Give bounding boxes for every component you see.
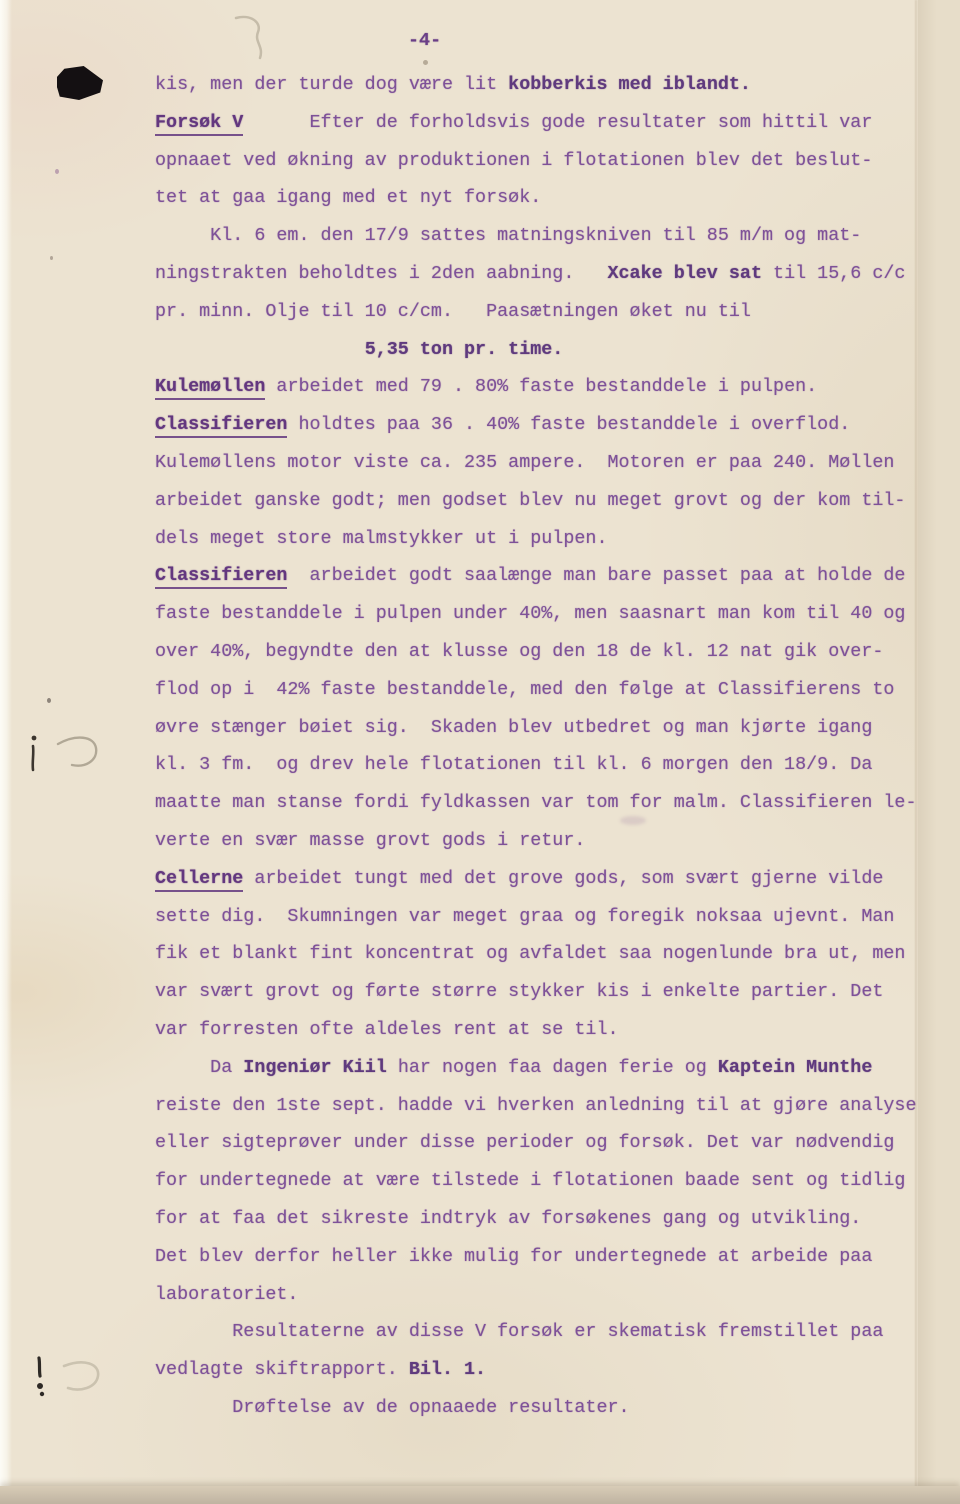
- typed-lines: kis, men der turde dog være lit kobberki…: [155, 66, 945, 1427]
- text-line: Da Ingeniør Kiil har nogen faa dagen fer…: [155, 1049, 945, 1087]
- text-line: opnaaet ved økning av produktionen i flo…: [155, 142, 945, 180]
- text-segment: dels meget store malmstykker ut i pulpen…: [155, 528, 607, 549]
- text-line: maatte man stanse fordi fyldkassen var t…: [155, 784, 945, 822]
- text-line: for at faa det sikreste indtryk av forsø…: [155, 1200, 945, 1238]
- ink-speck: [50, 256, 53, 260]
- text-line: var forresten ofte aldeles rent at se ti…: [155, 1011, 945, 1049]
- black-ink-blot: [57, 66, 103, 100]
- text-segment: [155, 339, 365, 360]
- text-segment: over 40%, begyndte den at klusse og den …: [155, 641, 883, 662]
- text-segment: Ingeniør Kiil: [243, 1057, 386, 1078]
- page-edge-right: [918, 0, 960, 1504]
- text-line: Det blev derfor heller ikke mulig for un…: [155, 1238, 945, 1276]
- text-segment: arbeidet tungt med det grove gods, som s…: [243, 868, 883, 889]
- page-edge-left: [0, 0, 12, 1504]
- text-segment: faste bestanddele i pulpen under 40%, me…: [155, 603, 905, 624]
- text-segment: opnaaet ved økning av produktionen i flo…: [155, 150, 872, 171]
- text-line: Kulemøllens motor viste ca. 235 ampere. …: [155, 444, 945, 482]
- pencil-scribble: [24, 728, 114, 788]
- underlined-heading: Classifieren: [155, 565, 287, 589]
- text-line: flod op i 42% faste bestanddele, med den…: [155, 671, 945, 709]
- ink-speck: [423, 60, 428, 65]
- text-line: Kulemøllen arbeidet med 79 . 80% faste b…: [155, 368, 945, 406]
- text-segment: kis, men der turde dog være lit: [155, 74, 508, 95]
- text-segment: fik et blankt fint koncentrat og avfalde…: [155, 943, 905, 964]
- text-line: dels meget store malmstykker ut i pulpen…: [155, 520, 945, 558]
- page-number: -4-: [408, 30, 441, 51]
- text-segment: laboratoriet.: [155, 1284, 298, 1305]
- text-line: pr. minn. Olje til 10 c/cm. Paasætningen…: [155, 293, 945, 331]
- text-segment: flod op i 42% faste bestanddele, med den…: [155, 679, 894, 700]
- text-line: Classifieren holdtes paa 36 . 40% faste …: [155, 406, 945, 444]
- page-edge-bottom: [0, 1486, 960, 1504]
- text-segment: tet at gaa igang med et nyt forsøk.: [155, 187, 541, 208]
- text-line: ningstrakten beholdtes i 2den aabning. X…: [155, 255, 945, 293]
- text-segment: maatte man stanse fordi fyldkassen var t…: [155, 792, 917, 813]
- text-segment: Kaptein Munthe: [718, 1057, 873, 1078]
- ink-speck: [55, 169, 59, 174]
- pencil-exclamation: [28, 1350, 118, 1410]
- text-line: tet at gaa igang med et nyt forsøk.: [155, 179, 945, 217]
- text-segment: verte en svær masse grovt gods i retur.: [155, 830, 585, 851]
- text-segment: Drøftelse av de opnaaede resultater.: [155, 1397, 630, 1418]
- text-segment: for undertegnede at være tilstede i flot…: [155, 1170, 905, 1191]
- text-line: over 40%, begyndte den at klusse og den …: [155, 633, 945, 671]
- text-segment: arbeidet godt saalænge man bare passet p…: [287, 565, 905, 586]
- text-segment: ningstrakten beholdtes i 2den aabning.: [155, 263, 607, 284]
- text-segment: Kulemøllens motor viste ca. 235 ampere. …: [155, 452, 894, 473]
- text-line: arbeidet ganske godt; men godset blev nu…: [155, 482, 945, 520]
- text-segment: for at faa det sikreste indtryk av forsø…: [155, 1208, 861, 1229]
- text-segment: pr. minn. Olje til 10 c/cm. Paasætningen…: [155, 301, 751, 322]
- text-line: 5,35 ton pr. time.: [155, 331, 945, 369]
- text-line: for undertegnede at være tilstede i flot…: [155, 1162, 945, 1200]
- text-line: verte en svær masse grovt gods i retur.: [155, 822, 945, 860]
- text-segment: Det blev derfor heller ikke mulig for un…: [155, 1246, 872, 1267]
- text-segment: var svært grovt og førte større stykker …: [155, 981, 883, 1002]
- text-segment: vedlagte skiftrapport.: [155, 1359, 409, 1380]
- underlined-heading: Kulemøllen: [155, 376, 265, 400]
- text-segment: Bil. 1.: [409, 1359, 486, 1380]
- underlined-heading: Forsøk V: [155, 112, 243, 136]
- text-line: Drøftelse av de opnaaede resultater.: [155, 1389, 945, 1427]
- ink-smudge: [620, 816, 646, 825]
- text-line: Resultaterne av disse V forsøk er skemat…: [155, 1313, 945, 1351]
- text-line: Classifieren arbeidet godt saalænge man …: [155, 557, 945, 595]
- text-segment: Resultaterne av disse V forsøk er skemat…: [155, 1321, 883, 1342]
- text-segment: 5,35 ton pr. time.: [365, 339, 564, 360]
- text-line: sette dig. Skumningen var meget graa og …: [155, 898, 945, 936]
- text-line: laboratoriet.: [155, 1276, 945, 1314]
- text-segment: arbeidet ganske godt; men godset blev nu…: [155, 490, 905, 511]
- text-segment: kl. 3 fm. og drev hele flotationen til k…: [155, 754, 872, 775]
- text-segment: Efter de forholdsvis gode resultater som…: [243, 112, 872, 133]
- text-segment: holdtes paa 36 . 40% faste bestanddele i…: [287, 414, 850, 435]
- text-line: Kl. 6 em. den 17/9 sattes matningskniven…: [155, 217, 945, 255]
- text-segment: eller sigteprøver under disse perioder o…: [155, 1132, 894, 1153]
- text-segment: reiste den 1ste sept. hadde vi hverken a…: [155, 1095, 928, 1116]
- text-segment: til 15,6 c/c: [762, 263, 905, 284]
- scanned-page: -4- kis, men der turde dog være lit kobb…: [0, 0, 960, 1504]
- text-line: øvre stænger bøiet sig. Skaden blev utbe…: [155, 709, 945, 747]
- text-line: Cellerne arbeidet tungt med det grove go…: [155, 860, 945, 898]
- underlined-heading: Classifieren: [155, 414, 287, 438]
- text-line: faste bestanddele i pulpen under 40%, me…: [155, 595, 945, 633]
- text-segment: Da: [155, 1057, 243, 1078]
- text-line: vedlagte skiftrapport. Bil. 1.: [155, 1351, 945, 1389]
- text-segment: Kl. 6 em. den 17/9 sattes matningskniven…: [155, 225, 861, 246]
- text-line: eller sigteprøver under disse perioder o…: [155, 1124, 945, 1162]
- text-line: kis, men der turde dog være lit kobberki…: [155, 66, 945, 104]
- pencil-squiggle-top: [228, 8, 288, 68]
- text-segment: Xcake blev sat: [607, 263, 762, 284]
- text-line: reiste den 1ste sept. hadde vi hverken a…: [155, 1087, 945, 1125]
- text-line: fik et blankt fint koncentrat og avfalde…: [155, 935, 945, 973]
- text-segment: var forresten ofte aldeles rent at se ti…: [155, 1019, 619, 1040]
- text-segment: har nogen faa dagen ferie og: [387, 1057, 718, 1078]
- underlined-heading: Cellerne: [155, 868, 243, 892]
- text-segment: kobberkis med iblandt.: [508, 74, 751, 95]
- text-segment: sette dig. Skumningen var meget graa og …: [155, 906, 894, 927]
- text-segment: arbeidet med 79 . 80% faste bestanddele …: [265, 376, 817, 397]
- text-segment: øvre stænger bøiet sig. Skaden blev utbe…: [155, 717, 872, 738]
- ink-speck: [47, 698, 51, 703]
- text-line: Forsøk V Efter de forholdsvis gode resul…: [155, 104, 945, 142]
- text-line: var svært grovt og førte større stykker …: [155, 973, 945, 1011]
- text-line: kl. 3 fm. og drev hele flotationen til k…: [155, 746, 945, 784]
